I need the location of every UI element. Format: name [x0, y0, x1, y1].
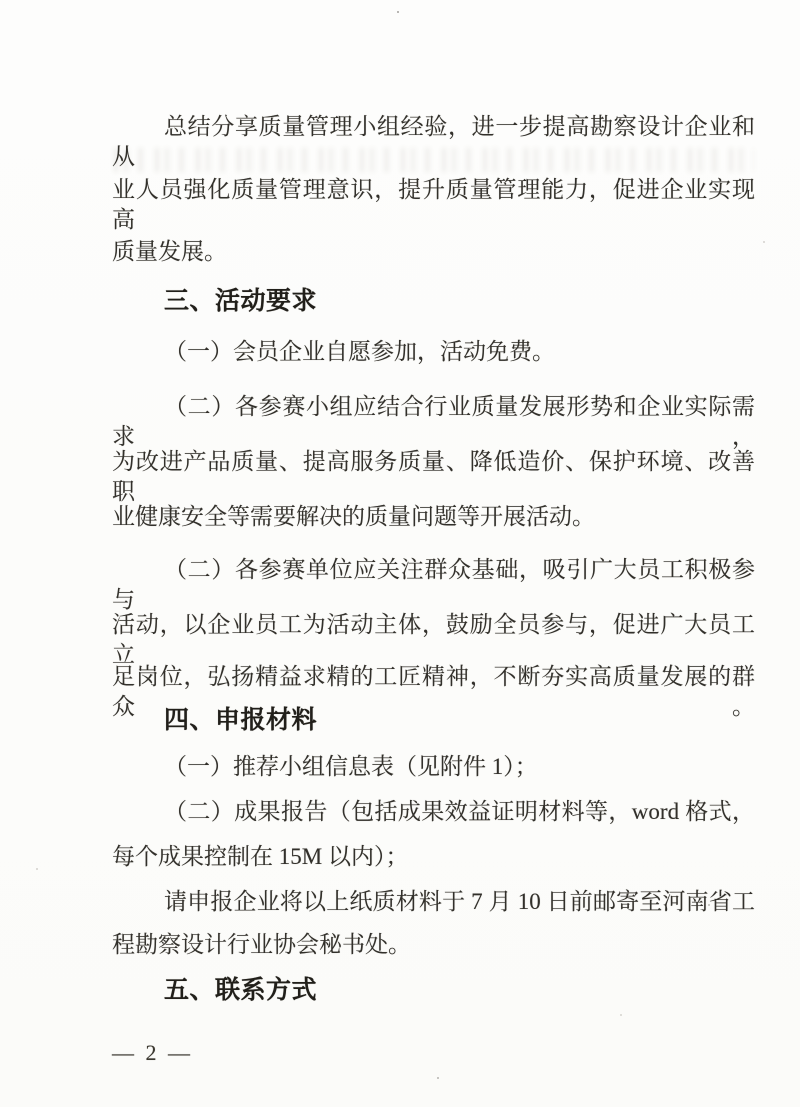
text-line: 请申报企业将以上纸质材料于 7 月 10 日前邮寄至河南省工 [112, 887, 755, 917]
text-line: （二）成果报告（包括成果效益证明材料等，word 格式， [112, 797, 755, 827]
text-line: （一）推荐小组信息表（见附件 1）； [112, 752, 755, 782]
text-line: （二）各参赛小组应结合行业质量发展形势和企业实际需求， [112, 392, 755, 422]
ink-bleed-through-ghost [114, 148, 754, 172]
section-heading: 五、联系方式 [112, 975, 755, 1005]
text-line: 为改进产品质量、提高服务质量、降低造价、保护环境、改善职 [112, 447, 755, 477]
text-line: 活动，以企业员工为活动主体，鼓励全员参与，促进广大员工立 [112, 610, 755, 640]
text-line: 质量发展。 [112, 237, 755, 267]
text-line: 每个成果控制在 15M 以内）； [112, 842, 755, 872]
text-line: 业人员强化质量管理意识，提升质量管理能力，促进企业实现高 [112, 175, 755, 205]
text-line: 业健康安全等需要解决的质量问题等开展活动。 [112, 502, 755, 532]
section-heading: 三、活动要求 [112, 286, 755, 316]
document-page: 总结分享质量管理小组经验，进一步提高勘察设计企业和从业人员强化质量管理意识，提升… [0, 0, 800, 1107]
text-line: （一）会员企业自愿参加，活动免费。 [112, 337, 755, 367]
text-line: 足岗位，弘扬精益求精的工匠精神，不断夯实高质量发展的群众。 [112, 662, 755, 692]
text-line: 总结分享质量管理小组经验，进一步提高勘察设计企业和从 [112, 112, 755, 142]
text-line: 程勘察设计行业协会秘书处。 [112, 930, 755, 960]
scan-speckles [0, 0, 2, 2]
page-number: — 2 — [112, 1038, 193, 1068]
section-heading: 四、申报材料 [112, 705, 755, 735]
text-line: （二）各参赛单位应关注群众基础，吸引广大员工积极参与 [112, 555, 755, 585]
